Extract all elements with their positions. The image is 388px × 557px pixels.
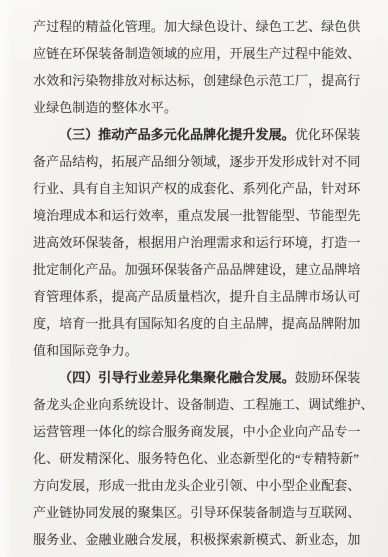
text-segment: 水效和污染物排放对标达标，创建绿色示范工厂，提高行 [33,73,361,88]
section-heading: （三）推动产品多元化品牌化提升发展。 [59,127,295,142]
text-line: 运营管理一体化的综合服务商发展，中小企业向产品专一 [33,418,359,445]
text-segment: 行业、具有自主知识产权的成套化、系列化产品，针对环 [33,181,361,196]
text-line: 化、研发精深化、服务特色化、业态新型化的“专精特新” [33,445,359,472]
text-segment: 值和国际竞争力。 [33,343,138,358]
text-segment: 运营管理一体化的综合服务商发展，中小企业向产品专一 [33,424,361,439]
text-line: 度，培育一批具有国际知名度的自主品牌，提高品牌附加 [33,310,359,337]
text-line: 产业链协同发展的聚集区。引导环保装备制造与互联网、 [33,499,359,526]
text-line: 值和国际竞争力。 [33,337,359,364]
text-line: 进高效环保装备，根据用户治理需求和运行环境，打造一 [33,229,359,256]
text-segment: 备产品结构，拓展产品细分领域，逐步开发形成针对不同 [33,154,361,169]
text-segment: 备龙头企业向系统设计、设备制造、工程施工、调试维护、 [33,397,374,412]
text-segment: 度，培育一批具有国际知名度的自主品牌，提高品牌附加 [33,316,361,331]
text-line: 备龙头企业向系统设计、设备制造、工程施工、调试维护、 [33,391,359,418]
text-segment: 进高效环保装备，根据用户治理需求和运行环境，打造一 [33,235,361,250]
text-line: 行业、具有自主知识产权的成套化、系列化产品，针对环 [33,175,359,202]
text-segment: 方向发展，形成一批由龙头企业引领、中小型企业配套、 [33,478,361,493]
text-segment: 化、研发精深化、服务特色化、业态新型化的“专精特新” [33,451,359,466]
text-segment: 境治理成本和运行效率，重点发展一批智能型、节能型先 [33,208,361,223]
text-segment: 应链在环保装备制造领域的应用，开展生产过程中能效、 [33,46,361,61]
text-line: 方向发展，形成一批由龙头企业引领、中小型企业配套、 [33,472,359,499]
text-line: 业绿色制造的整体水平。 [33,94,359,121]
text-segment: 产业链协同发展的聚集区。引导环保装备制造与互联网、 [33,505,361,520]
text-line: 批定制化产品。加强环保装备产品品牌建设，建立品牌培 [33,256,359,283]
text-segment: 优化环保装 [295,127,361,142]
text-line: 水效和污染物排放对标达标，创建绿色示范工厂，提高行 [33,67,359,94]
document-page: 产过程的精益化管理。加大绿色设计、绿色工艺、绿色供应链在环保装备制造领域的应用，… [0,0,388,557]
text-segment: 产过程的精益化管理。加大绿色设计、绿色工艺、绿色供 [33,19,361,34]
text-line: 备产品结构，拓展产品细分领域，逐步开发形成针对不同 [33,148,359,175]
text-segment: 批定制化产品。加强环保装备产品品牌建设，建立品牌培 [33,262,361,277]
text-line: 育管理体系，提高产品质量档次，提升自主品牌市场认可 [33,283,359,310]
text-segment: 服务业、金融业融合发展，积极探索新模式、新业态，加 [33,532,361,547]
text-line: 服务业、金融业融合发展，积极探索新模式、新业态，加 [33,526,359,553]
text-line: 境治理成本和运行效率，重点发展一批智能型、节能型先 [33,202,359,229]
text-line: （四）引导行业差异化集聚化融合发展。鼓励环保装 [33,364,359,391]
text-line: （三）推动产品多元化品牌化提升发展。优化环保装 [33,121,359,148]
section-heading: （四）引导行业差异化集聚化融合发展。 [59,370,295,385]
document-text: 产过程的精益化管理。加大绿色设计、绿色工艺、绿色供应链在环保装备制造领域的应用，… [33,13,359,553]
text-segment: 育管理体系，提高产品质量档次，提升自主品牌市场认可 [33,289,361,304]
text-line: 产过程的精益化管理。加大绿色设计、绿色工艺、绿色供 [33,13,359,40]
text-segment: 鼓励环保装 [295,370,361,385]
text-line: 应链在环保装备制造领域的应用，开展生产过程中能效、 [33,40,359,67]
text-segment: 业绿色制造的整体水平。 [33,100,177,115]
